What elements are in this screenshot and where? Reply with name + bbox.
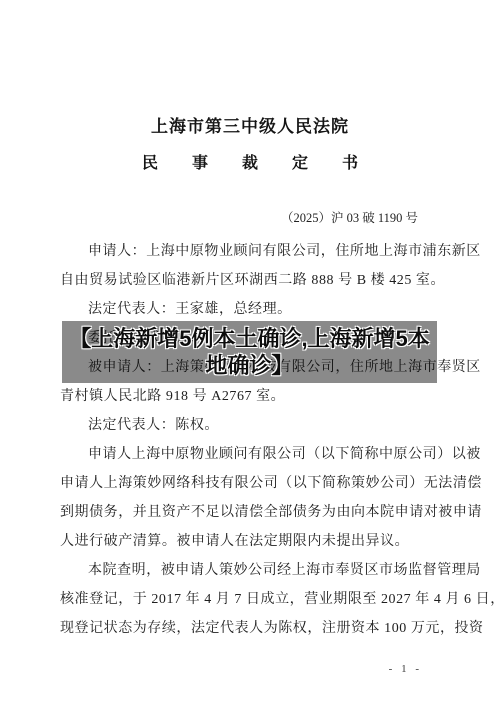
body-line-legal-rep-1: 法定代表人：王家雄，总经理。 [60,295,458,324]
body-line-petition-3: 到期债务，并且资产不足以清偿全部债务为由向本院申请对被申请 [60,498,458,527]
court-name: 上海市第三中级人民法院 [0,0,500,137]
body-line-petition-1: 申请人上海中原物业顾问有限公司（以下简称中原公司）以被 [60,440,458,469]
document-type-title: 民 事 裁 定 书 [0,150,500,173]
body-line-respondent-address: 青村镇人民北路 918 号 A2767 室。 [60,382,458,411]
body-line-findings-3: 现登记状态为存续，法定代表人为陈权，注册资本 100 万元，投资 [60,614,458,643]
body-line-findings-2: 核准登记，于 2017 年 4 月 7 日成立，营业期限至 2027 年 4 月… [60,585,458,614]
body-line-petition-4: 人进行破产清算。被申请人在法定期限内未提出异议。 [60,527,458,556]
body-line-findings-1: 本院查明，被申请人策妙公司经上海市奉贤区市场监督管理局 [60,556,458,585]
case-number: （2025）沪 03 破 1190 号 [0,208,500,226]
court-document-page: 上海市第三中级人民法院 民 事 裁 定 书 （2025）沪 03 破 1190 … [0,0,500,707]
document-body: 申请人：上海中原物业顾问有限公司，住所地上海市浦东新区 自由贸易试验区临港新片区… [60,237,458,643]
body-line-applicant: 申请人：上海中原物业顾问有限公司，住所地上海市浦东新区 [60,237,458,266]
body-line-applicant-address: 自由贸易试验区临港新片区环湖西二路 888 号 B 楼 425 室。 [60,266,458,295]
news-overlay-headline: 【上海新增5例本土确诊,上海新增5本地确诊】 [62,321,437,383]
page-number: - 1 - [389,663,422,675]
body-line-legal-rep-2: 法定代表人：陈权。 [60,411,458,440]
body-line-petition-2: 申请人上海策妙网络科技有限公司（以下简称策妙公司）无法清偿 [60,469,458,498]
